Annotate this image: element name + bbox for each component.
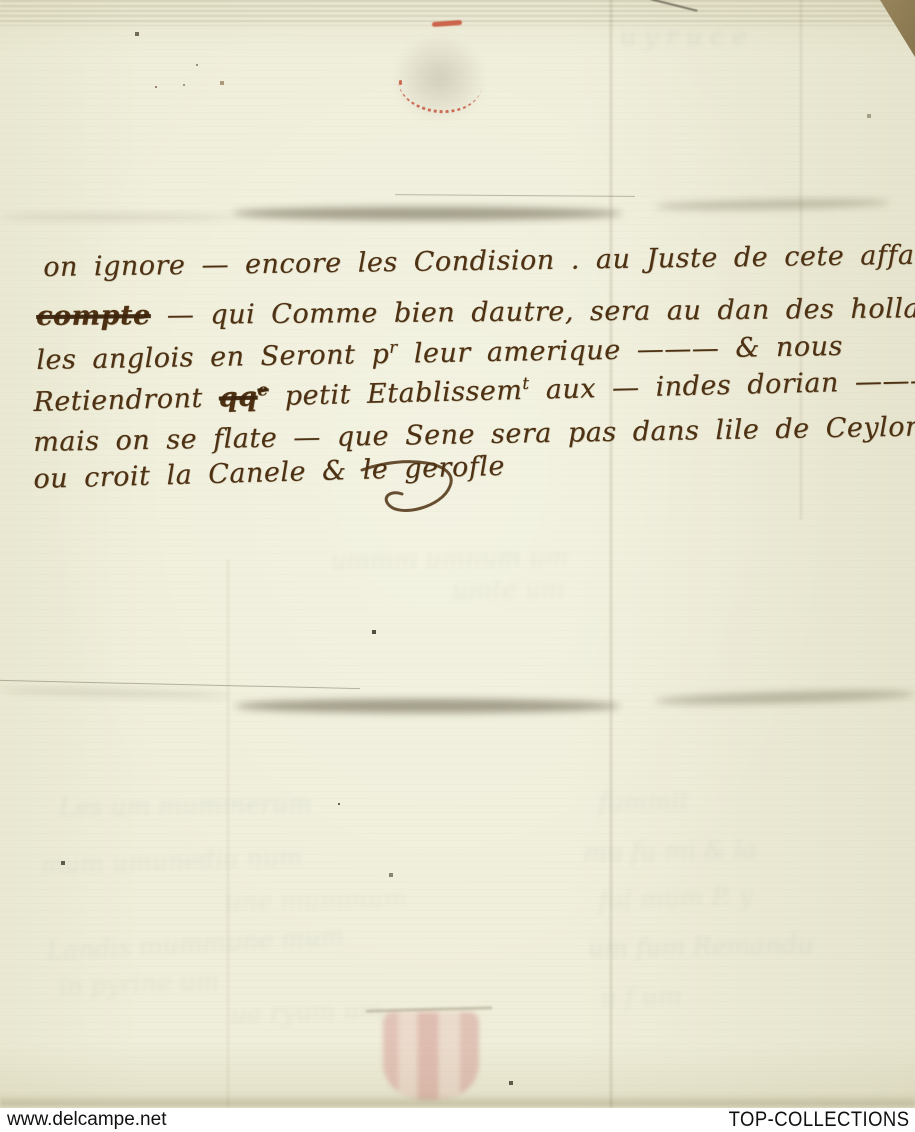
letter-photo: u y r u c eummm umnum umumte umLes um mu… [0,0,915,1132]
watermark-bar: www.delcampe.net TOP-COLLECTIONS [0,1108,915,1132]
ink-flourish [358,452,478,524]
paper-bottom-edge [0,1094,915,1106]
watermark-right-text: TOP-COLLECTIONS [728,1108,909,1132]
letter-paper: u y r u c eummm umnum umumte umLes um mu… [0,0,915,1108]
watermark-left-text: www.delcampe.net [7,1109,166,1131]
handwriting-line: on ignore — encore les Condision . au Ju… [43,240,915,283]
handwriting-block: on ignore — encore les Condision . au Ju… [0,0,915,1108]
handwriting-line: compte — qui Comme bien dautre, sera au … [36,293,915,332]
